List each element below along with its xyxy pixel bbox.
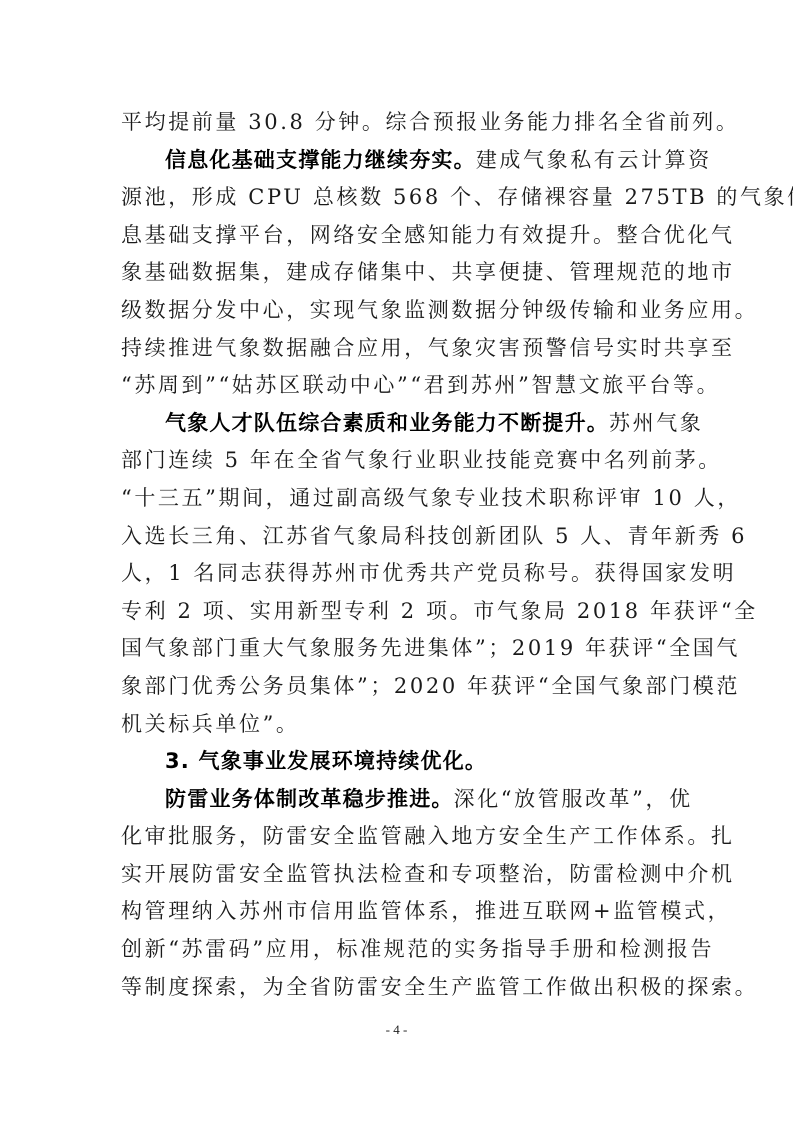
paragraph-heading: 防雷业务体制改革稳步推进。 <box>165 787 454 811</box>
text-line: 机关标兵单位”。 <box>121 706 669 744</box>
document-body: 平均提前量 30.8 分钟。综合预报业务能力排名全省前列。 信息化基础支撑能力继… <box>121 104 669 1006</box>
paragraph-text: 深化“放管服改革”，优 <box>454 787 693 811</box>
paragraph-text: 苏州气象 <box>609 411 703 435</box>
paragraph-heading: 气象人才队伍综合素质和业务能力不断提升。 <box>165 411 609 435</box>
text-line: 入选长三角、江苏省气象局科技创新团队 5 人、青年新秀 6 <box>121 518 669 556</box>
text-line: 持续推进气象数据融合应用，气象灾害预警信号实时共享至 <box>121 330 669 368</box>
paragraph-start-line: 防雷业务体制改革稳步推进。深化“放管服改革”，优 <box>121 781 669 819</box>
document-page: 平均提前量 30.8 分钟。综合预报业务能力排名全省前列。 信息化基础支撑能力继… <box>0 0 793 1122</box>
text-line: 人，1 名同志获得苏州市优秀共产党员称号。获得国家发明 <box>121 555 669 593</box>
section-heading: 3. 气象事业发展环境持续优化。 <box>121 743 669 781</box>
text-line: 国气象部门重大气象服务先进集体”；2019 年获评“全国气 <box>121 630 669 668</box>
paragraph-heading: 信息化基础支撑能力继续夯实。 <box>165 148 476 172</box>
text-line: 象基础数据集，建成存储集中、共享便捷、管理规范的地市 <box>121 254 669 292</box>
text-line: 象部门优秀公务员集体”；2020 年获评“全国气象部门模范 <box>121 668 669 706</box>
text-line: 实开展防雷安全监管执法检查和专项整治，防雷检测中介机 <box>121 856 669 894</box>
text-line: “十三五”期间，通过副高级气象专业技术职称评审 10 人， <box>121 480 669 518</box>
text-line: 创新“苏雷码”应用，标准规范的实务指导手册和检测报告 <box>121 931 669 969</box>
text-line: 平均提前量 30.8 分钟。综合预报业务能力排名全省前列。 <box>121 104 669 142</box>
text-line: 化审批服务，防雷安全监管融入地方安全生产工作体系。扎 <box>121 818 669 856</box>
text-line: 专利 2 项、实用新型专利 2 项。市气象局 2018 年获评“全 <box>121 593 669 631</box>
text-line: 级数据分发中心，实现气象监测数据分钟级传输和业务应用。 <box>121 292 669 330</box>
text-line: 部门连续 5 年在全省气象行业职业技能竞赛中名列前茅。 <box>121 442 669 480</box>
page-number: - 4 - <box>0 1022 793 1038</box>
text-line: 等制度探索，为全省防雷安全生产监管工作做出积极的探索。 <box>121 969 669 1007</box>
text-line: “苏周到”“姑苏区联动中心”“君到苏州”智慧文旅平台等。 <box>121 367 669 405</box>
text-line: 源池，形成 CPU 总核数 568 个、存储裸容量 275TB 的气象信 <box>121 179 669 217</box>
text-line: 构管理纳入苏州市信用监管体系，推进互联网+监管模式， <box>121 893 669 931</box>
paragraph-start-line: 信息化基础支撑能力继续夯实。建成气象私有云计算资 <box>121 142 669 180</box>
text-line: 息基础支撑平台，网络安全感知能力有效提升。整合优化气 <box>121 217 669 255</box>
paragraph-start-line: 气象人才队伍综合素质和业务能力不断提升。苏州气象 <box>121 405 669 443</box>
paragraph-text: 建成气象私有云计算资 <box>476 148 712 172</box>
